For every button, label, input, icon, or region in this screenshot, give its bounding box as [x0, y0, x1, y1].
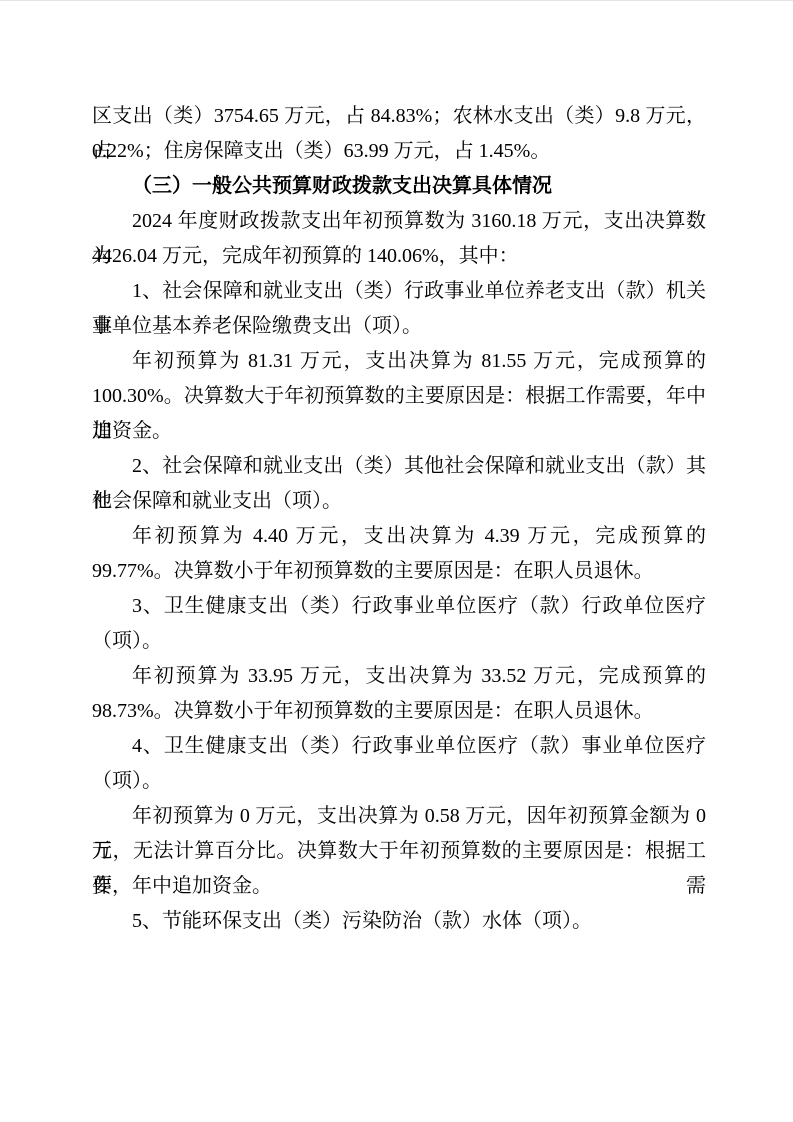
text-line: （项）。 [92, 764, 706, 799]
list-item-4: 4、卫生健康支出（类）行政事业单位医疗（款）事业单位医疗 [92, 729, 706, 764]
list-item-1: 1、社会保障和就业支出（类）行政事业单位养老支出（款）机关事 [92, 274, 706, 309]
list-item-2: 2、社会保障和就业支出（类）其他社会保障和就业支出（款）其他 [92, 449, 706, 484]
text-line: 年初预算为 4.40 万元，支出决算为 4.39 万元，完成预算的 [92, 519, 706, 554]
text-line: （项）。 [92, 624, 706, 659]
text-line: 区支出（类）3754.65 万元，占 84.83%；农林水支出（类）9.8 万元… [92, 99, 706, 134]
text-line: 98.73%。决算数小于年初预算数的主要原因是：在职人员退休。 [92, 694, 706, 729]
text-line: 0.22%；住房保障支出（类）63.99 万元，占 1.45%。 [92, 134, 706, 169]
text-line: 99.77%。决算数小于年初预算数的主要原因是：在职人员退休。 [92, 554, 706, 589]
list-item-3: 3、卫生健康支出（类）行政事业单位医疗（款）行政单位医疗 [92, 589, 706, 624]
list-item-5: 5、节能环保支出（类）污染防治（款）水体（项）。 [92, 904, 706, 939]
text-line: 社会保障和就业支出（项）。 [92, 484, 706, 519]
text-line: 4426.04 万元，完成年初预算的 140.06%，其中： [92, 239, 706, 274]
text-line: 100.30%。决算数大于年初预算数的主要原因是：根据工作需要，年中追 [92, 379, 706, 414]
text-line: 年初预算为 33.95 万元，支出决算为 33.52 万元，完成预算的 [92, 659, 706, 694]
text-line: 年初预算为 81.31 万元，支出决算为 81.55 万元，完成预算的 [92, 344, 706, 379]
document-page: 区支出（类）3754.65 万元，占 84.83%；农林水支出（类）9.8 万元… [0, 1, 793, 1122]
text-line: 加资金。 [92, 414, 706, 449]
text-line: 2024 年度财政拨款支出年初预算数为 3160.18 万元，支出决算数为 [92, 204, 706, 239]
text-line: 元，无法计算百分比。决算数大于年初预算数的主要原因是：根据工作需 [92, 834, 706, 869]
section-heading: （三）一般公共预算财政拨款支出决算具体情况 [92, 169, 706, 204]
text-line: 业单位基本养老保险缴费支出（项）。 [92, 309, 706, 344]
text-line: 年初预算为 0 万元，支出决算为 0.58 万元，因年初预算金额为 0 万 [92, 799, 706, 834]
